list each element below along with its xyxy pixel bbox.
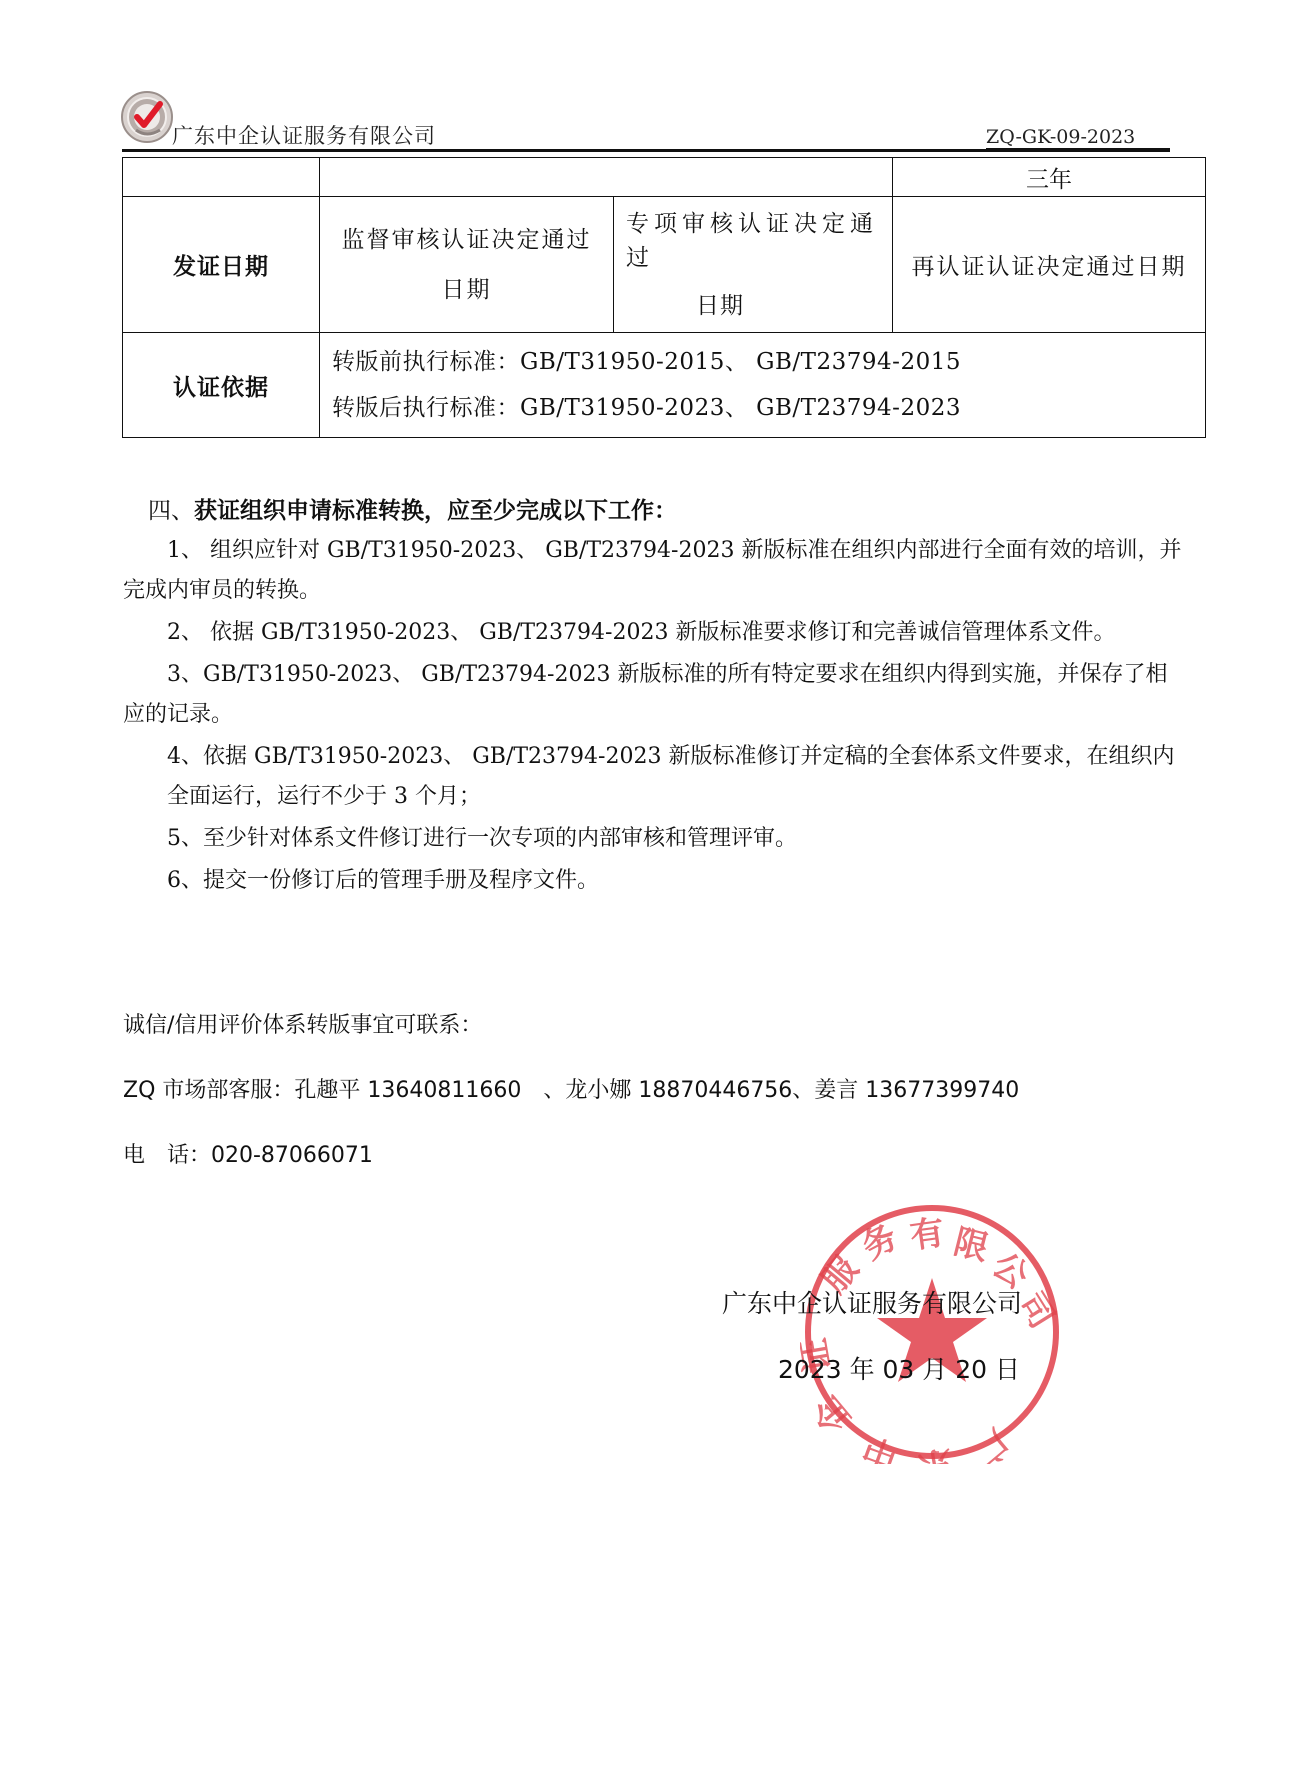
issue-date-label: 发证日期 [123, 197, 320, 333]
table-row: 发证日期 监督审核认证决定通过 日期 专项审核认证决定通过 日期 再认证认证决定… [123, 197, 1206, 333]
svg-text:有: 有 [908, 1213, 947, 1257]
table-row: 三年 [123, 158, 1206, 197]
section-title: 获证组织申请标准转换，应至少完成以下工作： [194, 498, 677, 524]
svg-text:务: 务 [855, 1217, 904, 1268]
requirements-list: 1、 组织应针对 GB/T31950-2023、 GB/T23794-2023 … [123, 531, 1188, 903]
recertification-date-cell: 再认证认证决定通过日期 [893, 197, 1206, 333]
basis-before: 转版前执行标准：GB/T31950-2015、 GB/T23794-2015 [332, 339, 1205, 385]
table-row: 认证依据 转版前执行标准：GB/T31950-2015、 GB/T23794-2… [123, 333, 1206, 438]
special-audit-date-cell: 专项审核认证决定通过 日期 [614, 197, 893, 333]
document-code-underline [986, 148, 1170, 149]
svg-text:东: 东 [915, 1441, 955, 1464]
certificate-info-table: 三年 发证日期 监督审核认证决定通过 日期 专项审核认证决定通过 日期 再认证认… [122, 157, 1206, 438]
basis-after: 转版后执行标准：GB/T31950-2023、 GB/T23794-2023 [332, 385, 1205, 431]
cell-text: 专项审核认证决定通过 [626, 207, 892, 275]
surveillance-date-cell: 监督审核认证决定通过 日期 [320, 197, 614, 333]
svg-text:企: 企 [806, 1388, 858, 1440]
list-item: 1、 组织应针对 GB/T31950-2023、 GB/T23794-2023 … [123, 531, 1188, 611]
header-divider [122, 149, 1170, 152]
signature-date: 2023 年 03 月 20 日 [778, 1350, 1020, 1386]
header-company-name: 广东中企认证服务有限公司 [172, 124, 436, 148]
section-number: 四、 [148, 498, 194, 524]
cell-text: 监督审核认证决定通过 [320, 215, 613, 265]
cell-text: 日期 [320, 265, 613, 315]
list-item: 4、依据 GB/T31950-2023、 GB/T23794-2023 新版标准… [123, 737, 1188, 817]
list-item: 2、 依据 GB/T31950-2023、 GB/T23794-2023 新版标… [123, 613, 1188, 653]
list-item: 5、至少针对体系文件修订进行一次专项的内部审核和管理评审。 [123, 819, 1188, 859]
contact-phone: 电 话：020-87066071 [123, 1138, 373, 1169]
certification-basis-cell: 转版前执行标准：GB/T31950-2015、 GB/T23794-2015 转… [320, 333, 1206, 438]
document-code: ZQ-GK-09-2023 [986, 126, 1135, 148]
company-seal-icon: 服 务 有 限 公 司 证 企 中 东 广 [800, 1200, 1064, 1464]
certification-basis-label: 认证依据 [123, 333, 320, 438]
svg-text:限: 限 [950, 1222, 993, 1269]
list-item: 6、提交一份修订后的管理手册及程序文件。 [123, 861, 1188, 901]
contact-service: ZQ 市场部客服：孔趣平 13640811660 、龙小娜 1887044675… [123, 1073, 1019, 1104]
list-item: 3、GB/T31950-2023、 GB/T23794-2023 新版标准的所有… [123, 655, 1188, 735]
table-cell [123, 158, 320, 197]
section-heading: 四、获证组织申请标准转换，应至少完成以下工作： [148, 492, 677, 525]
signature-company: 广东中企认证服务有限公司 [722, 1284, 1022, 1320]
table-cell [320, 158, 893, 197]
company-logo-icon [120, 90, 174, 144]
cell-text: 日期 [626, 289, 892, 323]
contact-intro: 诚信/信用评价体系转版事宜可联系： [123, 1008, 482, 1039]
validity-period-cell: 三年 [893, 158, 1206, 197]
